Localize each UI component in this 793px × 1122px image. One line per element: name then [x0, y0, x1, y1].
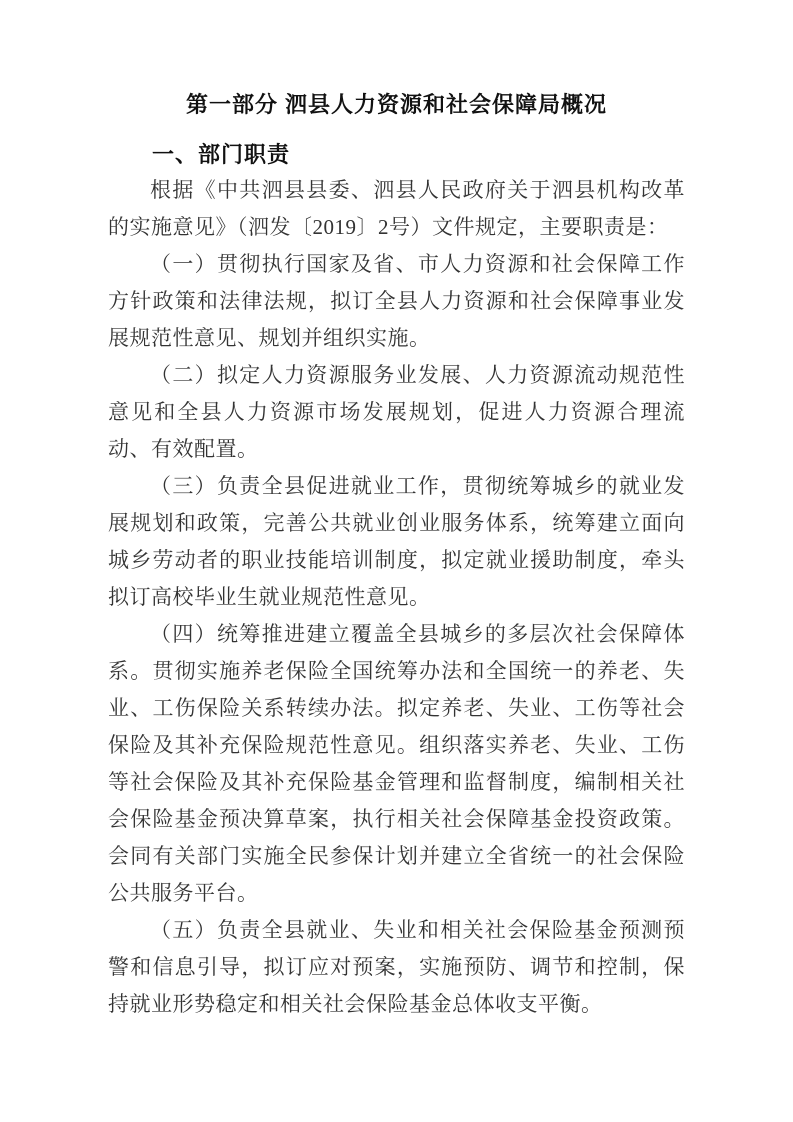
document-title: 第一部分 泗县人力资源和社会保障局概况	[108, 88, 685, 122]
paragraph-intro: 根据《中共泗县县委、泗县人民政府关于泗县机构改革的实施意见》（泗发〔2019〕2…	[108, 172, 685, 246]
paragraph-duty-3: （三）负责全县促进就业工作，贯彻统筹城乡的就业发展规划和政策，完善公共就业创业服…	[108, 468, 685, 616]
section-heading-department-duties: 一、部门职责	[108, 140, 685, 170]
paragraph-duty-5: （五）负责全县就业、失业和相关社会保险基金预测预警和信息引导，拟订应对预案，实施…	[108, 912, 685, 1023]
paragraph-duty-2: （二）拟定人力资源服务业发展、人力资源流动规范性意见和全县人力资源市场发展规划，…	[108, 357, 685, 468]
document-content: 第一部分 泗县人力资源和社会保障局概况 一、部门职责 根据《中共泗县县委、泗县人…	[108, 0, 685, 1023]
document-page: 第一部分 泗县人力资源和社会保障局概况 一、部门职责 根据《中共泗县县委、泗县人…	[0, 0, 793, 1122]
paragraph-duty-1: （一）贯彻执行国家及省、市人力资源和社会保障工作方针政策和法律法规，拟订全县人力…	[108, 246, 685, 357]
paragraph-list: 根据《中共泗县县委、泗县人民政府关于泗县机构改革的实施意见》（泗发〔2019〕2…	[108, 172, 685, 1023]
paragraph-duty-4: （四）统筹推进建立覆盖全县城乡的多层次社会保障体系。贯彻实施养老保险全国统筹办法…	[108, 616, 685, 912]
